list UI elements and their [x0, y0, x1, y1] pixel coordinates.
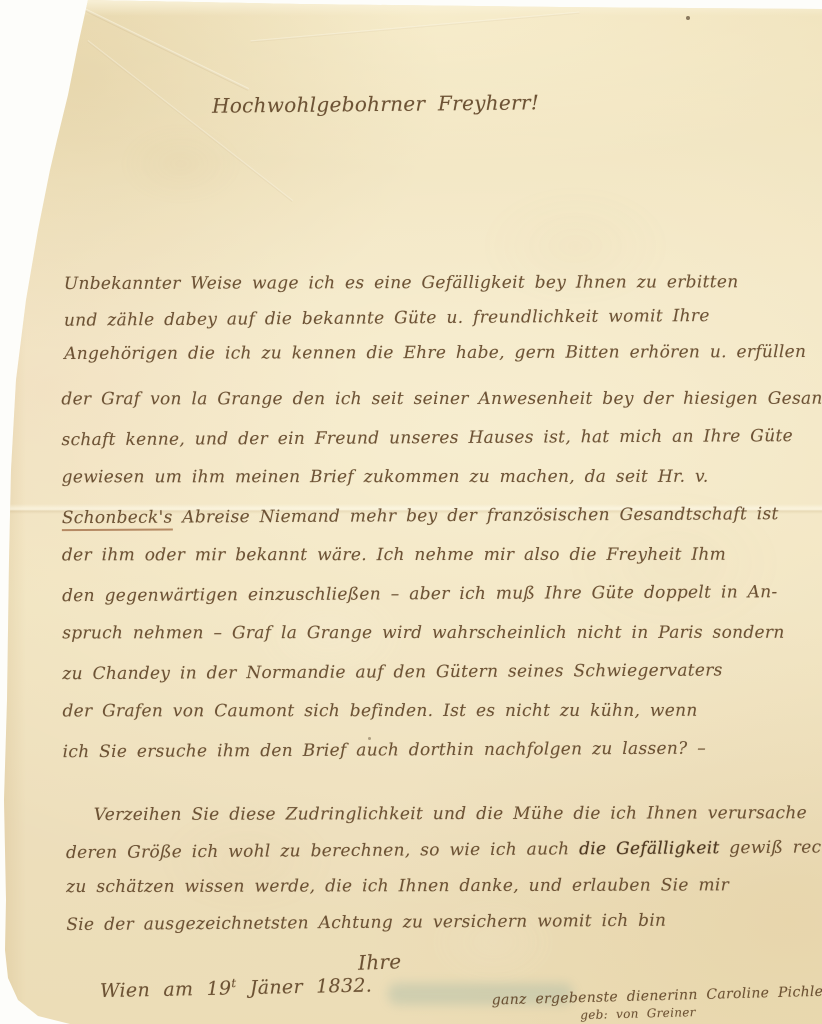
scanned-letter-page: Hochwohlgebohrner Freyherr! Unbekannter …: [0, 0, 822, 1024]
dateline-place-day: Wien am 19: [100, 977, 232, 1002]
letter-line: gewiesen um ihm meinen Brief zukommen zu…: [62, 458, 822, 498]
letter-paragraph-2: der Graf von la Grange den ich seit sein…: [61, 379, 822, 772]
letter-line: Schonbeck's Abreise Niemand mehr bey der…: [62, 495, 822, 538]
dateline-month-year: Jäner 1832.: [236, 974, 372, 999]
letter-line: zu schätzen wissen werde, die ich Ihnen …: [66, 867, 822, 905]
letter-salutation: Hochwohlgebohrner Freyherr!: [212, 90, 539, 117]
letter-line: schaft kenne, und der ein Freund unseres…: [61, 417, 822, 460]
letter-line: der Graf von la Grange den ich seit sein…: [61, 380, 822, 420]
letter-line: ich Sie ersuche ihm den Brief auch dorth…: [63, 729, 822, 772]
letter-line-text: deren Größe ich wohl zu berechnen, so wi…: [66, 839, 579, 863]
letter-line: deren Größe ich wohl zu berechnen, so wi…: [66, 829, 822, 871]
letter-line: zu Chandey in der Normandie auf den Güte…: [62, 651, 822, 694]
letter-dateline: Wien am 19t Jäner 1832.: [100, 973, 373, 1002]
paper-sheet: Hochwohlgebohrner Freyherr! Unbekannter …: [0, 0, 822, 1024]
letter-line: den gegenwärtigen einzuschließen – aber …: [62, 573, 822, 616]
letter-line: Verzeihen Sie diese Zudringlichkeit und …: [66, 795, 822, 833]
letter-line: der ihm oder mir bekannt wäre. Ich nehme…: [62, 536, 822, 576]
paper-top-edge-highlight: [60, 0, 822, 16]
underlined-proper-name: Schonbeck's: [62, 508, 173, 532]
letter-line: Angehörigen die ich zu kennen die Ehre h…: [64, 335, 806, 372]
top-left-crease: [50, 0, 249, 91]
letter-line: Sie der ausgezeichnetsten Achtung zu ver…: [66, 901, 822, 943]
letter-valediction: Ihre: [358, 949, 402, 974]
letter-line: Unbekannter Weise wage ich es eine Gefäl…: [64, 265, 806, 302]
letter-line: spruch nehmen – Graf la Grange wird wahr…: [62, 614, 822, 654]
letter-line-text: gewiß recht sehr: [719, 837, 822, 858]
ink-speck: [686, 16, 690, 20]
top-center-crease: [251, 12, 580, 43]
paper-left-edge-shading: [0, 0, 26, 1024]
letter-paragraph-1: Unbekannter Weise wage ich es eine Gefäl…: [64, 264, 807, 373]
letter-paragraph-3: Verzeihen Sie diese Zudringlichkeit und …: [66, 794, 822, 942]
letter-line: der Grafen von Caumont sich befinden. Is…: [62, 692, 822, 732]
letter-line-text: Abreise Niemand mehr bey der französisch…: [173, 504, 779, 527]
letter-line: und zähle dabey auf die bekannte Güte u.…: [64, 298, 806, 338]
overwritten-words: die Gefälligkeit: [579, 838, 720, 859]
top-left-crease-2: [87, 40, 293, 202]
letter-signature: ganz ergebenste dienerinn Caroline Pichl…: [492, 984, 822, 1024]
